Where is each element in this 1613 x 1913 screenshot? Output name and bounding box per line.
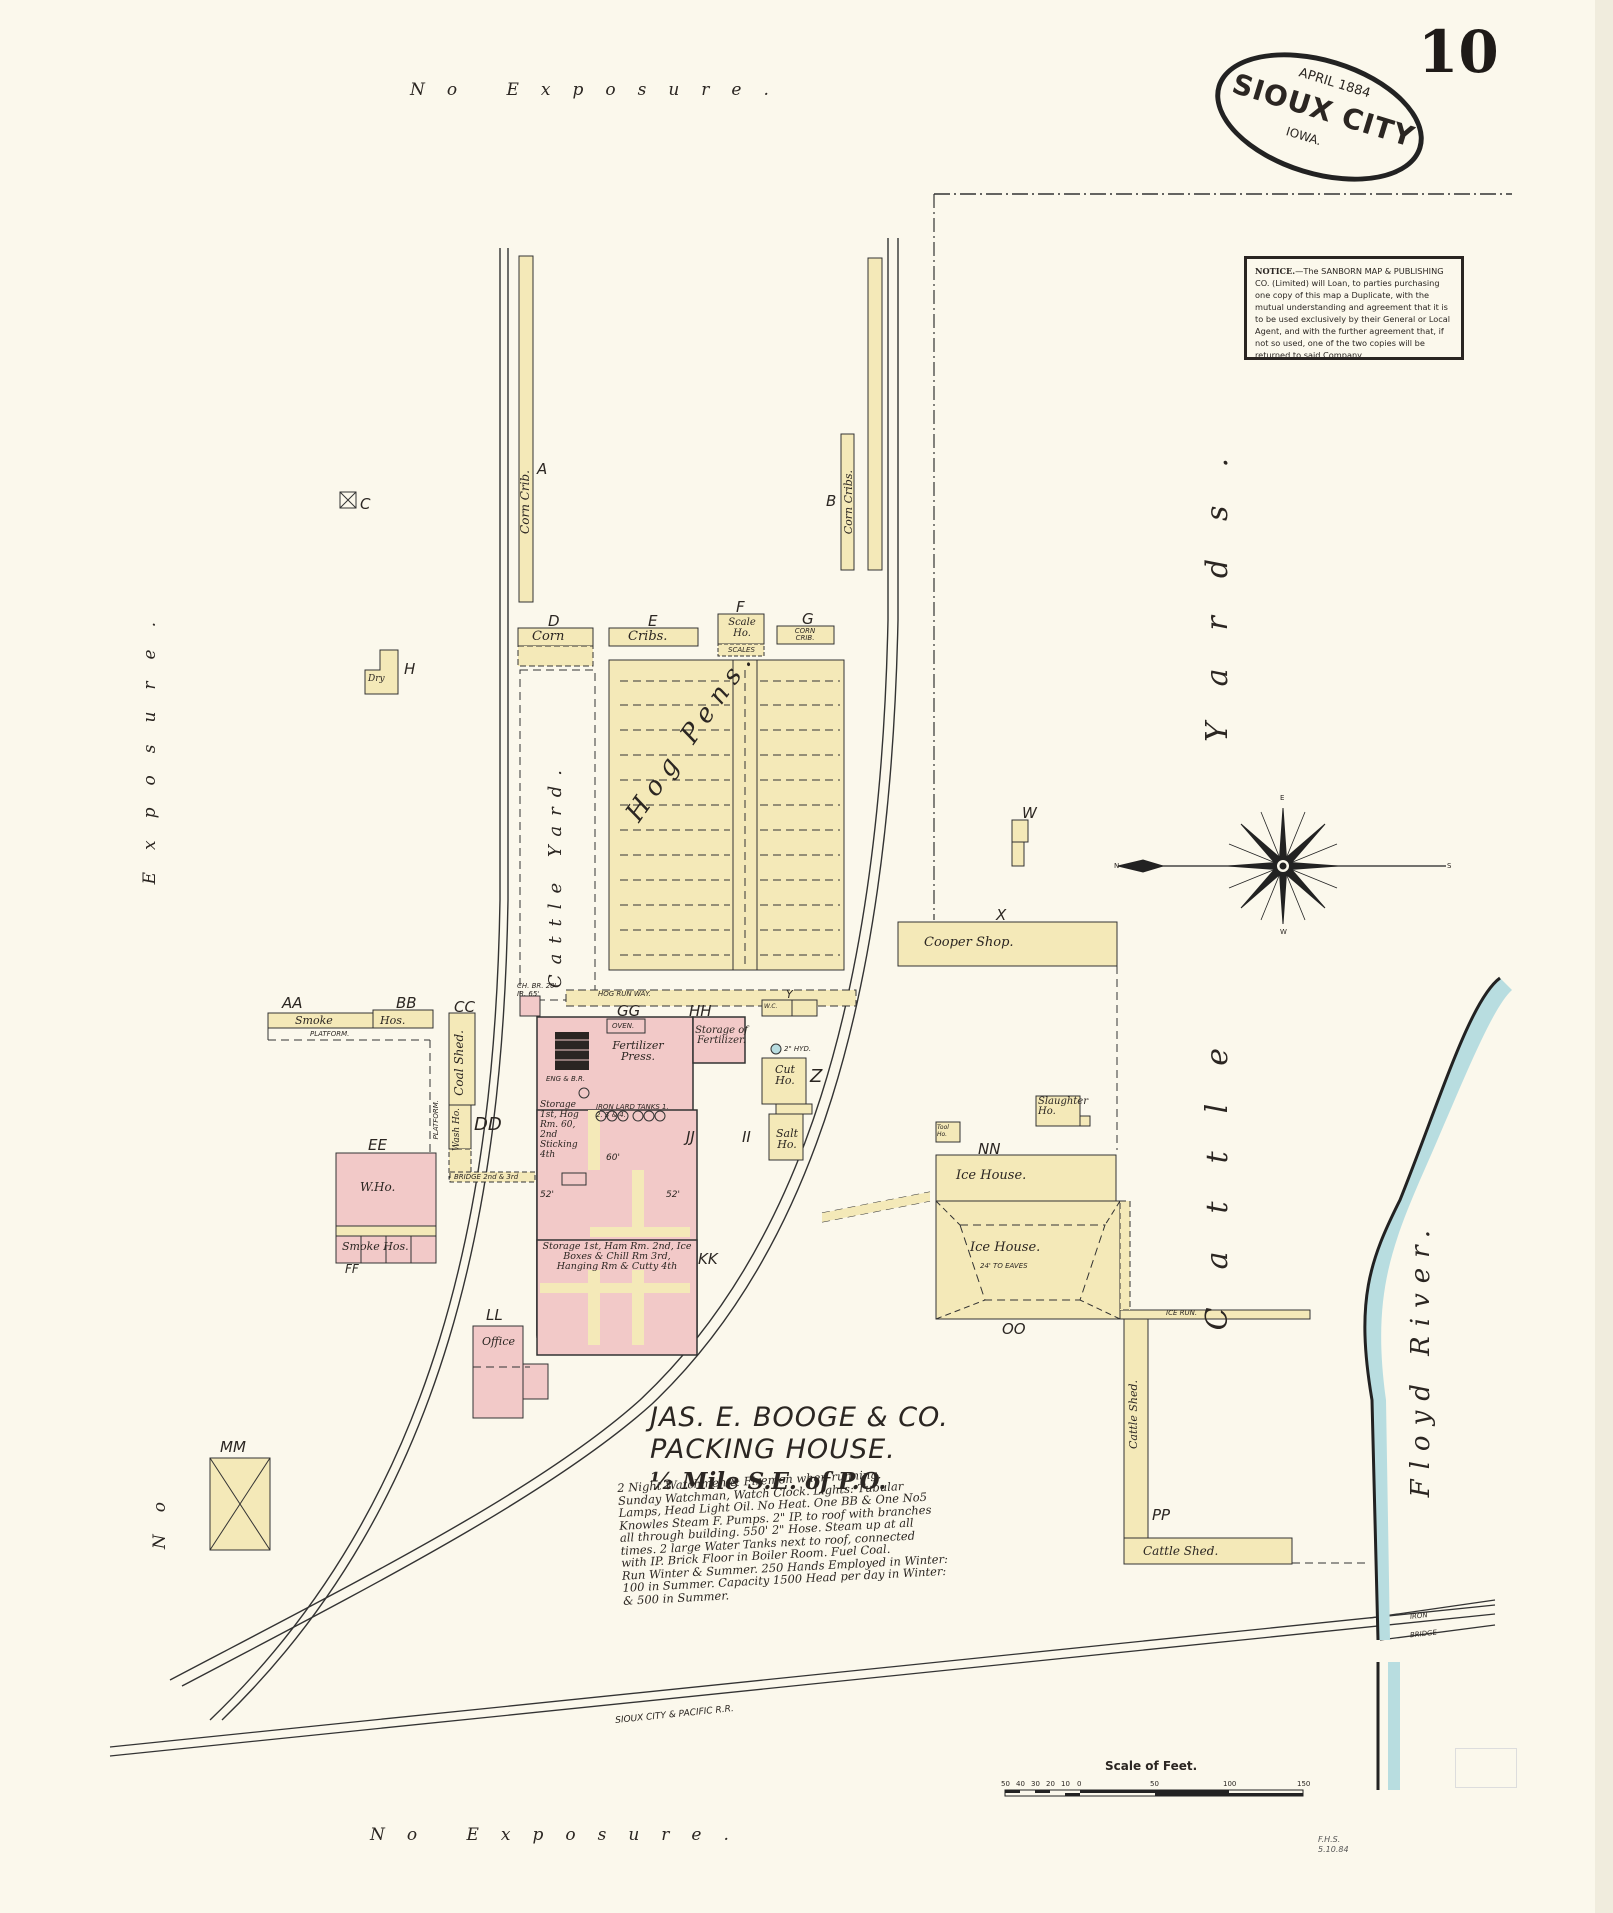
hydrant-label: 2" HYD. [784,1045,811,1053]
bldg-key-GG: GG [617,1002,640,1020]
bldg-label-F: Scale Ho. [722,617,762,639]
bldg-key-W: W [1022,804,1037,822]
surveyor-initials: F.H.S. 5.10.84 [1318,1835,1349,1855]
bldg-label-Y: W.C. [764,1003,777,1010]
bldg-label-AA: Smoke [295,1014,333,1027]
bldg-label-GG: Fertilizer Press. [598,1040,678,1062]
bldg-label-H: Dry [368,674,385,684]
bldg-key-FF: FF [345,1262,359,1276]
scales-label: SCALES [728,646,755,654]
bldg-key-Z: Z [810,1066,822,1087]
bldg-label-II: Salt Ho. [772,1128,802,1150]
bldg-label-A: Corn Crib. [518,470,532,534]
hog-run-way-label: HOG RUN WAY. [598,990,651,998]
bldg-key-NN: NN [978,1140,1000,1158]
exposure-bottom: No Exposure. [370,1825,751,1845]
eng-boiler-label: ENG & B.R. [546,1075,585,1083]
bldg-key-DD: DD [474,1114,502,1135]
label-yards: Yards. [1200,420,1235,742]
archive-stamp [1455,1748,1517,1788]
oven-label: OVEN. [612,1022,634,1030]
stamp-state: IOWA. [1284,124,1323,148]
facility-name: PACKING HOUSE. [650,1434,949,1466]
bldg-label-DD: Wash Ho. [452,1108,462,1151]
bldg-label-FF: Smoke Hos. [342,1240,409,1253]
description-notes: 2 Night Watchmen & Firemen when running.… [617,1458,1083,1607]
bldg-key-D: D [548,612,560,630]
dim-52-left: 52' [540,1190,554,1200]
sheet-number: 10 [1418,18,1499,86]
bldg-label-JJ: Storage 1st, Hog Rm. 60, 2nd Sticking 4t… [540,1100,590,1160]
bldg-label-NN: Ice House. [956,1168,1026,1183]
exposure-left-no: No [150,1480,170,1549]
ice-run-label: ICE RUN. [1166,1309,1197,1317]
tool-ho-label: Tool Ho. [937,1124,959,1138]
scale-title: Scale of Feet. [1105,1759,1197,1773]
bldg-label-B: Corn Cribs. [842,470,855,534]
label-cattle: Cattle [1200,1010,1235,1330]
bldg-key-B: B [826,492,836,510]
bldg-label-Z: Cut Ho. [768,1064,802,1086]
cattle-part: Cattle [1200,1010,1235,1330]
exposure-left: Exposure. [140,600,160,884]
bldg-label-CC: Coal Shed. [452,1030,466,1096]
notice-box: NOTICE.—The SANBORN MAP & PUBLISHING CO.… [1244,256,1464,360]
compass-s: S [1447,862,1451,870]
bldg-label-PP: Cattle Shed. [1143,1544,1218,1558]
bldg-label-E: Cribs. [628,629,667,644]
compass-n: N [1114,862,1119,870]
notice-heading: NOTICE. [1255,266,1295,276]
bldg-key-A: A [537,460,547,478]
bldg-key-EE: EE [368,1136,387,1154]
bridge-label: BRIDGE 2nd & 3rd [454,1173,518,1181]
bldg-key-E: E [648,612,657,630]
company-name: JAS. E. BOOGE & CO. [650,1402,949,1434]
initials-line1: F.H.S. [1318,1835,1349,1845]
chimney-label: CH. BR. 20' IR. 65' [517,982,557,998]
bldg-key-KK: KK [698,1250,718,1268]
iron-tanks-label: IRON LARD TANKS 1. 2. 3 & 4. [596,1103,676,1119]
cattle-shed-vertical-label: Cattle Shed. [1127,1380,1140,1449]
bldg-label-LL: Office [482,1335,515,1348]
ice-eaves-label: 24' TO EAVES [980,1262,1028,1270]
scale-tick: 50 [1150,1780,1159,1788]
bldg-key-HH: HH [689,1002,712,1020]
bldg-key-G: G [802,610,814,628]
scale-tick: 20 [1046,1780,1055,1788]
bldg-key-C: C [360,495,370,513]
bldg-label-X: Cooper Shop. [924,935,1014,950]
exposure-top: No Exposure. [410,80,791,100]
bldg-key-CC: CC [454,998,475,1016]
scale-tick: 10 [1061,1780,1070,1788]
bldg-key-LL: LL [486,1306,503,1324]
bldg-label-EE: W.Ho. [360,1180,395,1194]
compass-rose-icon [1228,810,1338,922]
compass-w: W [1280,928,1287,936]
dim-60-label: 60' [606,1153,620,1163]
bldg-label-KK: Storage 1st, Ham Rm. 2nd, Ice Boxes & Ch… [542,1242,692,1272]
bldg-key-F: F [736,598,745,616]
platform-label: PLATFORM. [310,1030,349,1038]
bldg-key-II: II [742,1128,751,1146]
label-cattle-yard: Cattle Yard. [545,760,566,988]
dim-52-right: 52' [666,1190,680,1200]
bldg-key-AA: AA [282,994,303,1012]
scale-tick: 100 [1223,1780,1236,1788]
bldg-key-X: X [996,906,1006,924]
notice-text: —The SANBORN MAP & PUBLISHING CO. (Limit… [1255,266,1450,360]
bldg-label-D: Corn [532,629,564,644]
bldg-key-OO: OO [1002,1320,1026,1338]
bldg-key-MM: MM [220,1438,246,1456]
slaughter-label: Slaughter Ho. [1038,1097,1082,1117]
cattle-yards-part: Yards. [1200,420,1235,742]
bldg-label-OO: Ice House. [970,1240,1040,1255]
bldg-key-PP: PP [1152,1506,1170,1524]
bldg-label-HH: Storage of Fertilizer. [694,1026,749,1046]
scale-tick: 150 [1297,1780,1310,1788]
initials-line2: 5.10.84 [1318,1845,1349,1855]
bldg-key-BB: BB [396,994,417,1012]
scale-tick: 50 [1001,1780,1010,1788]
map-sheet: 10 APRIL 1884 SIOUX CITY IOWA. NOTICE.—T… [0,0,1613,1913]
scale-tick: 40 [1016,1780,1025,1788]
bldg-label-G: CORN CRIB. [785,628,825,642]
bldg-label-BB: Hos. [380,1014,405,1027]
platform-vertical-label: PLATFORM. [432,1100,440,1139]
scale-tick: 0 [1077,1780,1081,1788]
scale-tick: 30 [1031,1780,1040,1788]
bldg-key-JJ: JJ [686,1128,695,1146]
bldg-key-H: H [404,660,415,678]
label-floyd-river: Floyd River. [1406,1220,1436,1497]
bldg-key-Y: Y [786,988,793,1001]
compass-e: E [1280,794,1284,802]
